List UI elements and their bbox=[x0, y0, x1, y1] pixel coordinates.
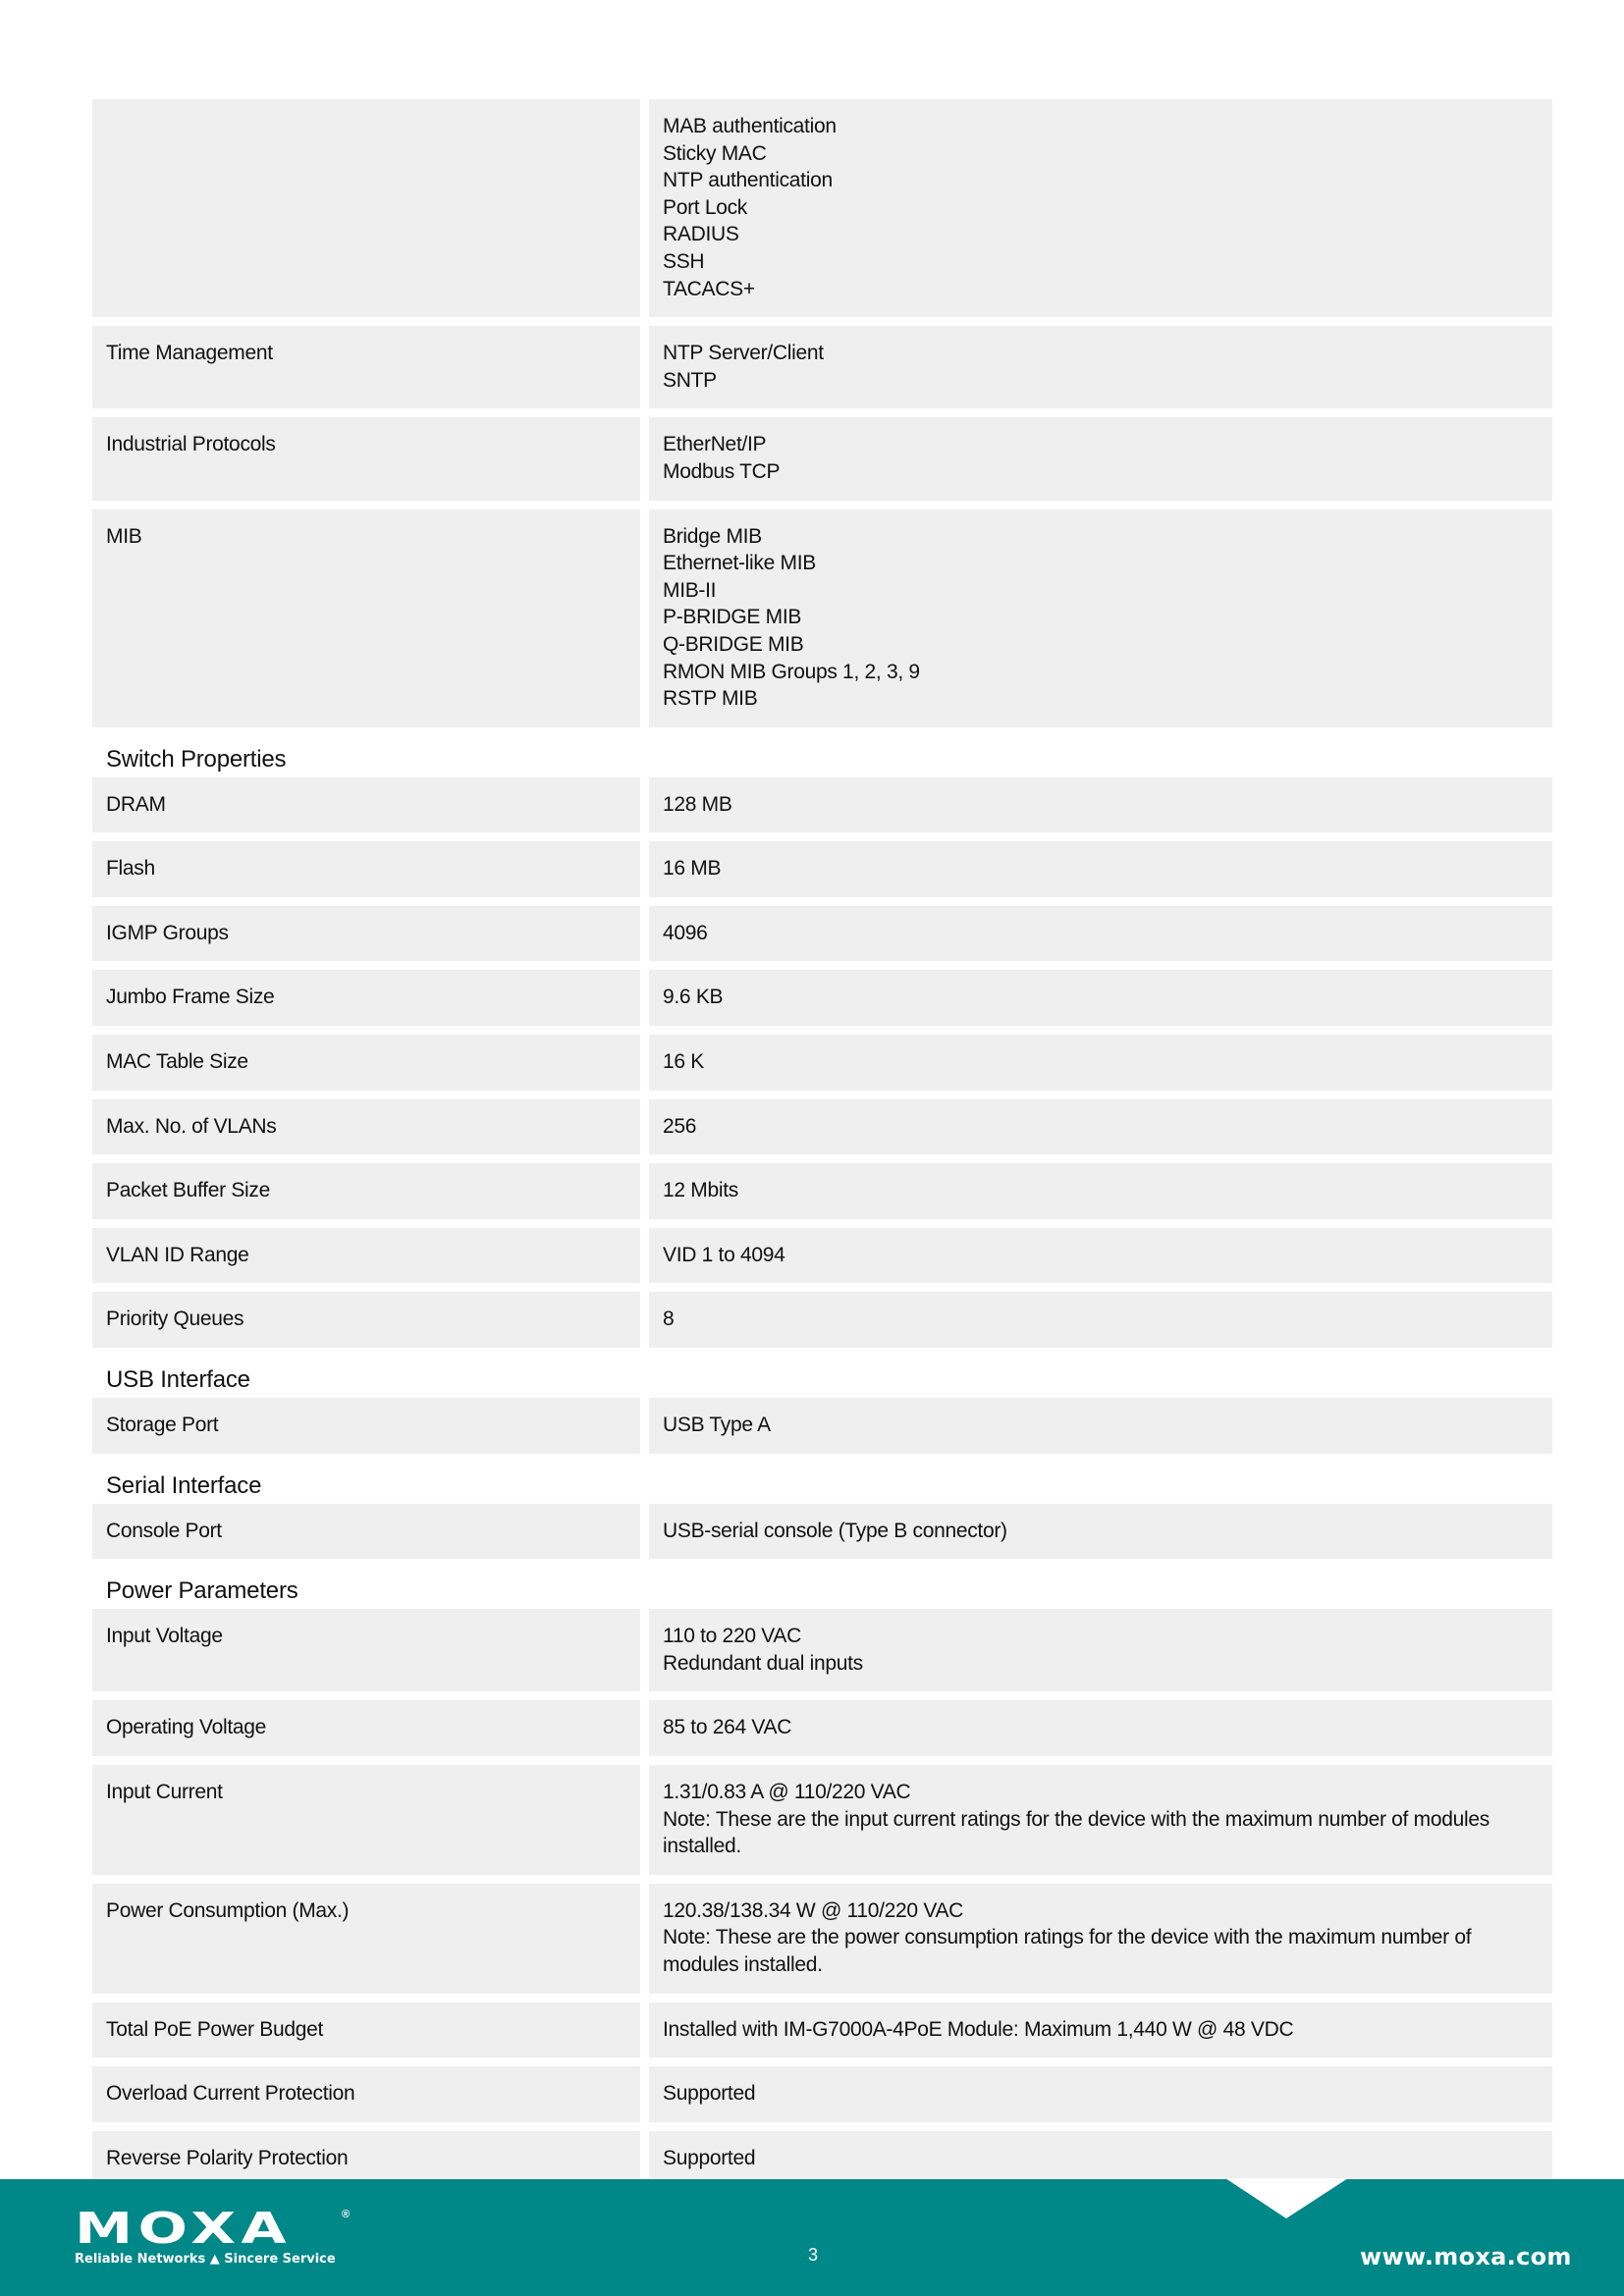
spec-row: Priority Queues8 bbox=[92, 1292, 1552, 1348]
spec-row: Storage PortUSB Type A bbox=[92, 1398, 1552, 1454]
spec-row: Industrial ProtocolsEtherNet/IPModbus TC… bbox=[92, 417, 1552, 500]
spec-row: Console PortUSB-serial console (Type B c… bbox=[92, 1504, 1552, 1560]
spec-row: IGMP Groups4096 bbox=[92, 906, 1552, 962]
spec-label: Input Current bbox=[92, 1765, 640, 1875]
spec-value-line: Supported bbox=[663, 2145, 1539, 2172]
spec-value-line: USB-serial console (Type B connector) bbox=[663, 1518, 1539, 1545]
spec-label: Industrial Protocols bbox=[92, 417, 640, 500]
spec-label: Console Port bbox=[92, 1504, 640, 1560]
spec-value-line: 1.31/0.83 A @ 110/220 VAC bbox=[663, 1779, 1539, 1806]
spec-value-line: 12 Mbits bbox=[663, 1177, 1539, 1204]
spec-row: Input Current1.31/0.83 A @ 110/220 VACNo… bbox=[92, 1765, 1552, 1875]
spec-row: Power Consumption (Max.)120.38/138.34 W … bbox=[92, 1884, 1552, 1994]
spec-label: IGMP Groups bbox=[92, 906, 640, 962]
spec-row: Input Voltage110 to 220 VACRedundant dua… bbox=[92, 1609, 1552, 1691]
spec-value-line: Q-BRIDGE MIB bbox=[663, 631, 1539, 659]
spec-value-line: RSTP MIB bbox=[663, 685, 1539, 713]
spec-label: Reverse Polarity Protection bbox=[92, 2131, 640, 2187]
spec-label: Total PoE Power Budget bbox=[92, 2002, 640, 2058]
spec-value: USB-serial console (Type B connector) bbox=[649, 1504, 1552, 1560]
registered-mark: ® bbox=[342, 2209, 350, 2220]
spec-value-line: Note: These are the input current rating… bbox=[663, 1806, 1539, 1860]
spec-label: Packet Buffer Size bbox=[92, 1163, 640, 1219]
spec-label: MAC Table Size bbox=[92, 1035, 640, 1091]
spec-label: Max. No. of VLANs bbox=[92, 1099, 640, 1155]
section-title: Switch Properties bbox=[92, 736, 1552, 777]
spec-value-line: Port Lock bbox=[663, 194, 1539, 222]
spec-value: VID 1 to 4094 bbox=[649, 1228, 1552, 1284]
spec-label: Time Management bbox=[92, 326, 640, 408]
spec-value: 120.38/138.34 W @ 110/220 VACNote: These… bbox=[649, 1884, 1552, 1994]
spec-value: EtherNet/IPModbus TCP bbox=[649, 417, 1552, 500]
spec-value-line: RMON MIB Groups 1, 2, 3, 9 bbox=[663, 659, 1539, 686]
spec-row: Total PoE Power BudgetInstalled with IM-… bbox=[92, 2002, 1552, 2058]
spec-value: Supported bbox=[649, 2066, 1552, 2122]
spec-value: MAB authenticationSticky MACNTP authenti… bbox=[649, 99, 1552, 317]
spec-value-line: USB Type A bbox=[663, 1412, 1539, 1439]
spec-label: Flash bbox=[92, 841, 640, 897]
spec-value-line: 128 MB bbox=[663, 791, 1539, 819]
spec-value: 110 to 220 VACRedundant dual inputs bbox=[649, 1609, 1552, 1691]
spec-value-line: 8 bbox=[663, 1306, 1539, 1333]
spec-value-line: RADIUS bbox=[663, 221, 1539, 248]
spec-value-line: Bridge MIB bbox=[663, 523, 1539, 551]
moxa-logo: MOXA ® Reliable Networks ▲ Sincere Servi… bbox=[75, 2211, 336, 2267]
spec-table: MAB authenticationSticky MACNTP authenti… bbox=[92, 99, 1552, 2195]
spec-row: Jumbo Frame Size9.6 KB bbox=[92, 970, 1552, 1026]
spec-value: 256 bbox=[649, 1099, 1552, 1155]
spec-value: 128 MB bbox=[649, 777, 1552, 833]
spec-value-line: NTP authentication bbox=[663, 167, 1539, 194]
spec-row: Time ManagementNTP Server/ClientSNTP bbox=[92, 326, 1552, 408]
spec-value-line: Supported bbox=[663, 2080, 1539, 2108]
spec-value-line: Note: These are the power consumption ra… bbox=[663, 1924, 1539, 1978]
spec-row: MAC Table Size16 K bbox=[92, 1035, 1552, 1091]
spec-value-line: VID 1 to 4094 bbox=[663, 1242, 1539, 1269]
spec-value: Bridge MIBEthernet-like MIBMIB-IIP-BRIDG… bbox=[649, 509, 1552, 727]
spec-value-line: Sticky MAC bbox=[663, 140, 1539, 168]
spec-value: 8 bbox=[649, 1292, 1552, 1348]
spec-label: VLAN ID Range bbox=[92, 1228, 640, 1284]
section-title: Power Parameters bbox=[92, 1568, 1552, 1609]
spec-value-line: TACACS+ bbox=[663, 276, 1539, 303]
spec-label: Input Voltage bbox=[92, 1609, 640, 1691]
spec-value-line: MIB-II bbox=[663, 577, 1539, 605]
spec-value-line: MAB authentication bbox=[663, 113, 1539, 140]
spec-value-line: 85 to 264 VAC bbox=[663, 1714, 1539, 1741]
spec-row: VLAN ID RangeVID 1 to 4094 bbox=[92, 1228, 1552, 1284]
spec-value-line: 120.38/138.34 W @ 110/220 VAC bbox=[663, 1897, 1539, 1925]
spec-value-line: SSH bbox=[663, 248, 1539, 276]
spec-value: 16 MB bbox=[649, 841, 1552, 897]
spec-row: Overload Current ProtectionSupported bbox=[92, 2066, 1552, 2122]
spec-value: 9.6 KB bbox=[649, 970, 1552, 1026]
spec-row: Packet Buffer Size12 Mbits bbox=[92, 1163, 1552, 1219]
spec-label: Power Consumption (Max.) bbox=[92, 1884, 640, 1994]
spec-value: 4096 bbox=[649, 906, 1552, 962]
spec-value-line: EtherNet/IP bbox=[663, 431, 1539, 458]
website-link[interactable]: www.moxa.com bbox=[1360, 2243, 1572, 2270]
spec-row: MIBBridge MIBEthernet-like MIBMIB-IIP-BR… bbox=[92, 509, 1552, 727]
spec-value-line: 16 K bbox=[663, 1048, 1539, 1076]
spec-label: Priority Queues bbox=[92, 1292, 640, 1348]
spec-label: MIB bbox=[92, 509, 640, 727]
spec-value: 1.31/0.83 A @ 110/220 VACNote: These are… bbox=[649, 1765, 1552, 1875]
spec-value-line: 256 bbox=[663, 1113, 1539, 1141]
logo-tagline: Reliable Networks ▲ Sincere Service bbox=[75, 2252, 336, 2267]
spec-label bbox=[92, 99, 640, 317]
section-title: Serial Interface bbox=[92, 1463, 1552, 1504]
spec-label: Overload Current Protection bbox=[92, 2066, 640, 2122]
spec-value-line: 9.6 KB bbox=[663, 984, 1539, 1011]
spec-value-line: SNTP bbox=[663, 367, 1539, 395]
spec-row: DRAM128 MB bbox=[92, 777, 1552, 833]
spec-value-line: Ethernet-like MIB bbox=[663, 550, 1539, 577]
logo-wordmark: MOXA bbox=[75, 2211, 292, 2248]
spec-value-line: 4096 bbox=[663, 920, 1539, 947]
spec-label: Storage Port bbox=[92, 1398, 640, 1454]
spec-value: 85 to 264 VAC bbox=[649, 1700, 1552, 1756]
spec-value-line: NTP Server/Client bbox=[663, 340, 1539, 367]
spec-row: Flash16 MB bbox=[92, 841, 1552, 897]
spec-value-line: Modbus TCP bbox=[663, 458, 1539, 486]
spec-value-line: Redundant dual inputs bbox=[663, 1650, 1539, 1678]
spec-value-line: 110 to 220 VAC bbox=[663, 1623, 1539, 1650]
spec-value: 12 Mbits bbox=[649, 1163, 1552, 1219]
spec-row: MAB authenticationSticky MACNTP authenti… bbox=[92, 99, 1552, 317]
page-number: 3 bbox=[808, 2245, 818, 2266]
spec-value-line: P-BRIDGE MIB bbox=[663, 604, 1539, 631]
spec-label: DRAM bbox=[92, 777, 640, 833]
spec-row: Operating Voltage85 to 264 VAC bbox=[92, 1700, 1552, 1756]
spec-value: USB Type A bbox=[649, 1398, 1552, 1454]
spec-label: Jumbo Frame Size bbox=[92, 970, 640, 1026]
spec-value: Installed with IM-G7000A-4PoE Module: Ma… bbox=[649, 2002, 1552, 2058]
spec-row: Max. No. of VLANs256 bbox=[92, 1099, 1552, 1155]
spec-value-line: 16 MB bbox=[663, 855, 1539, 882]
spec-value: Supported bbox=[649, 2131, 1552, 2187]
spec-label: Operating Voltage bbox=[92, 1700, 640, 1756]
spec-value: 16 K bbox=[649, 1035, 1552, 1091]
section-title: USB Interface bbox=[92, 1357, 1552, 1398]
spec-value: NTP Server/ClientSNTP bbox=[649, 326, 1552, 408]
footer-notch-decoration bbox=[1225, 2178, 1348, 2218]
spec-value-line: Installed with IM-G7000A-4PoE Module: Ma… bbox=[663, 2016, 1539, 2044]
